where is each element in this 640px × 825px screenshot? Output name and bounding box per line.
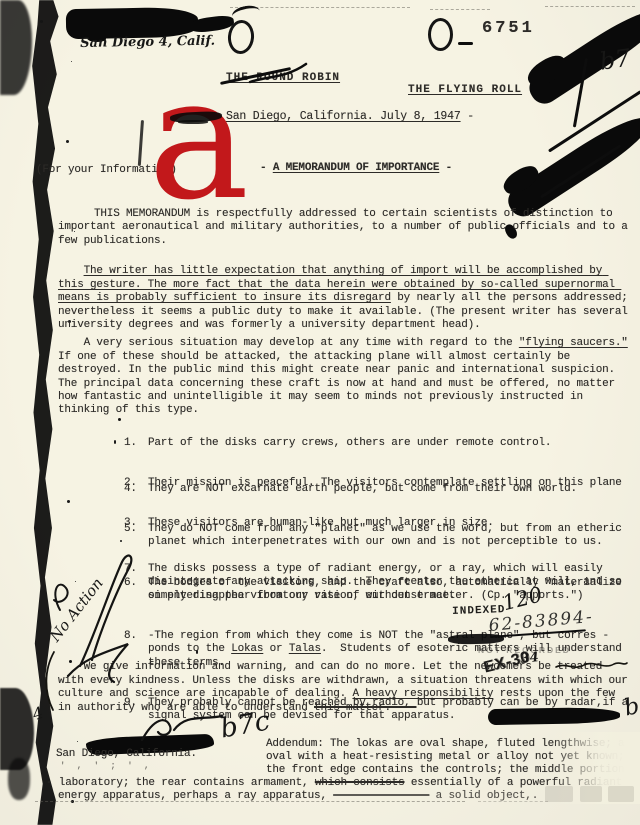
paragraph-3-pre: A very serious situation may develop at … <box>84 337 519 349</box>
dateline-tail: - <box>461 110 474 123</box>
watermark-block-2 <box>580 786 602 802</box>
closing-underlined: A heavy responsibility <box>352 688 493 700</box>
stray-punctuation: ' , ' ; ' , <box>60 760 152 773</box>
memo-title-text: A MEMORANDUM OF IMPORTANCE <box>273 162 439 174</box>
item-4-text: They are NOT excarnate earth people, but… <box>148 483 577 495</box>
dateline-text: San Diego, California. July 8, 1947 <box>226 110 461 123</box>
item-1-number: 1. <box>124 437 148 450</box>
masthead-flying-roll: THE FLYING ROLL <box>408 84 522 97</box>
handwritten-initials-scribble <box>44 548 154 688</box>
closing-struck: this matter.---- <box>314 702 416 714</box>
watermark-block-1 <box>545 786 573 802</box>
stray-dot-1 <box>118 418 121 421</box>
memo-title: - A MEMORANDUM OF IMPORTANCE - <box>260 162 452 175</box>
scan-blotch-bottom-left-2 <box>8 758 30 800</box>
handwritten-b7: b7 <box>598 44 632 76</box>
numbered-item-1: 1.Part of the disks carry crews, others … <box>124 437 640 450</box>
item-7-text: The disks possess a type of radiant ener… <box>148 563 628 602</box>
scan-dash-top-2 <box>430 9 490 10</box>
city-line-typed: San Diego, California. <box>56 748 197 761</box>
handwritten-34: 34 <box>520 650 540 667</box>
pen-underscore <box>458 42 473 45</box>
addendum-line-4-pre: - laboratory; the rear contains armament… <box>46 777 315 789</box>
scan-dash-bottom-2 <box>478 801 548 802</box>
scan-speckles <box>40 20 43 23</box>
stray-dot-2 <box>114 440 116 444</box>
pen-scribble-threatens <box>556 660 628 672</box>
numbered-item-4: 4.They are NOT excarnate earth people, b… <box>124 483 640 496</box>
numbered-item-7: 7.The disks possess a type of radiant en… <box>124 563 640 603</box>
pen-swirl-bottom <box>140 712 225 744</box>
item-5-number: 5. <box>124 523 148 536</box>
circle-mark-2 <box>428 18 453 51</box>
scan-dash-bottom-1 <box>35 801 465 802</box>
stray-dot-3 <box>120 540 122 542</box>
dateline: San Diego, California. July 8, 1947 - <box>226 110 474 123</box>
red-letter-stamp: a <box>148 54 249 224</box>
pen-curve-masthead <box>250 62 310 84</box>
addendum-line-4-struck: which consists <box>315 777 405 789</box>
marker-swath-2 <box>503 108 640 221</box>
file-number: 6751 <box>482 22 535 35</box>
scan-dash-top-3 <box>545 6 635 7</box>
memo-title-post: - <box>439 162 452 174</box>
item-4-number: 4. <box>124 483 148 496</box>
watermark-block-3 <box>608 786 634 802</box>
paragraph-1: THIS MEMORANDUM is respectfully addresse… <box>58 208 628 248</box>
item-1-text: Part of the disks carry crews, others ar… <box>148 437 551 449</box>
memo-title-pre: - <box>260 162 273 174</box>
pen-squiggle-left-of-a <box>138 120 144 166</box>
scanned-memo-page: San Diego 4, Calif. 6751 b7 THE ROUND RO… <box>0 0 640 825</box>
paragraph-3-flying-saucers: "flying saucers." <box>519 337 628 349</box>
scan-blotch-top-left <box>0 0 32 95</box>
ink-smudge-on-a-2 <box>178 120 208 124</box>
